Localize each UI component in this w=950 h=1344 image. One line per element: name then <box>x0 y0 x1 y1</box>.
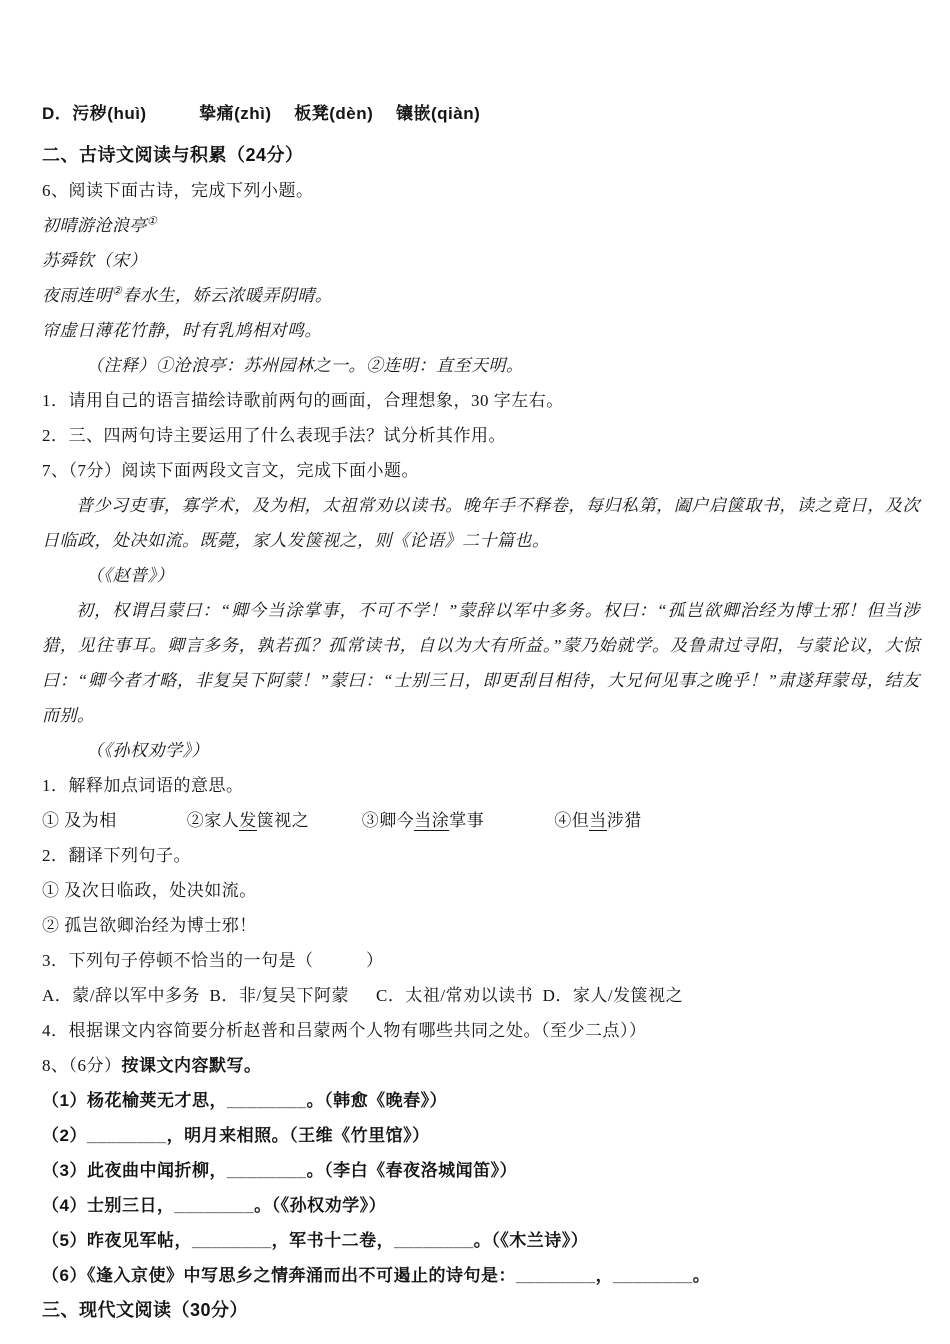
text-run: （6）《逢入京使》中写思乡之情奔涌而出不可遏止的诗句是：________，___… <box>42 1266 710 1285</box>
text-run: 春水生，娇云浓暖弄阴晴。 <box>122 286 332 305</box>
section-heading-3: 三、现代文阅读（30分） <box>42 1293 920 1328</box>
dictation-5: （5）昨夜见军帖，________，军书十二卷，________。（《木兰诗》） <box>42 1223 920 1258</box>
note-marker: ① <box>147 215 157 227</box>
emphasized-word: 当涂 <box>414 811 449 831</box>
text-run: D．污秽(huì) 挚痛(zhì) 板凳(dèn) 镶嵌(qiàn) <box>42 104 480 123</box>
poem-notes: （注释）①沧浪亭：苏州园林之一。②连明：直至天明。 <box>42 348 920 383</box>
poem-author: 苏舜钦（宋） <box>42 243 920 278</box>
section-heading-2: 二、古诗文阅读与积累（24分） <box>42 138 920 173</box>
text-run: 涉猎 <box>607 811 642 830</box>
text-run: 8、（6分） <box>42 1056 122 1075</box>
text-run: 苏舜钦（宋） <box>42 251 147 270</box>
text-run: （1）杨花榆荚无才思，________。（韩愈《晚春》） <box>42 1091 447 1110</box>
passage-zhaopu: 普少习吏事，寡学术，及为相，太祖常劝以读书。晚年手不释卷，每归私第，阖户启箧取书… <box>42 488 920 558</box>
text-run: （《孙权劝学》） <box>86 741 209 760</box>
text-run: （3）此夜曲中闻折柳，________。（李白《春夜洛城闻笛》） <box>42 1161 517 1180</box>
text-run: 1．请用自己的语言描绘诗歌前两句的画面，合理想象，30 字左右。 <box>42 391 564 410</box>
text-run: 初晴游沧浪亭 <box>42 216 147 235</box>
question-6-2: 2．三、四两句诗主要运用了什么表现手法？试分析其作用。 <box>42 418 920 453</box>
question-6-stem: 6、阅读下面古诗，完成下列小题。 <box>42 173 920 208</box>
text-run: ② 孤岂欲卿治经为博士邪！ <box>42 916 257 935</box>
pinyin-option-d: D．污秽(huì) 挚痛(zhì) 板凳(dèn) 镶嵌(qiàn) <box>42 96 920 131</box>
dictation-2: （2）________，明月来相照。（王维《竹里馆》） <box>42 1118 920 1153</box>
text-run: （4）士别三日，________。（《孙权劝学》） <box>42 1196 386 1215</box>
passage-sunquan-source: （《孙权劝学》） <box>42 733 920 768</box>
question-6-1: 1．请用自己的语言描绘诗歌前两句的画面，合理想象，30 字左右。 <box>42 383 920 418</box>
text-run: 3．下列句子停顿不恰当的一句是（ ） <box>42 951 384 970</box>
text-run: 2．三、四两句诗主要运用了什么表现手法？试分析其作用。 <box>42 426 506 445</box>
question-7-2-item-2: ② 孤岂欲卿治经为博士邪！ <box>42 908 920 943</box>
question-7-1-items: ① 及为相 ②家人发箧视之 ③卿今当涂掌事 ④但当涉猎 <box>42 803 920 838</box>
text-run: 三、现代文阅读（30分） <box>42 1300 248 1320</box>
exam-page: D．污秽(huì) 挚痛(zhì) 板凳(dèn) 镶嵌(qiàn)二、古诗文阅… <box>0 0 950 1344</box>
question-7-2: 2．翻译下列句子。 <box>42 838 920 873</box>
text-run: 2．翻译下列句子。 <box>42 846 191 865</box>
poem-line-2: 帘虚日薄花竹静，时有乳鸠相对鸣。 <box>42 313 920 348</box>
question-7-1: 1．解释加点词语的意思。 <box>42 768 920 803</box>
emphasized-word: 发 <box>239 811 257 831</box>
text-run: 普少习吏事，寡学术，及为相，太祖常劝以读书。晚年手不释卷，每归私第，阖户启箧取书… <box>42 496 920 550</box>
text-run: 箧视之 ③卿今 <box>257 811 415 830</box>
text-run: 1．解释加点词语的意思。 <box>42 776 244 795</box>
emphasized-word: 当 <box>589 811 607 831</box>
question-7-3-options: A．蒙/辞以军中多务 B．非/复吴下阿蒙 C．太祖/常劝以读书 D．家人/发箧视… <box>42 978 920 1013</box>
text-run: （2）________，明月来相照。（王维《竹里馆》） <box>42 1126 430 1145</box>
dictation-3: （3）此夜曲中闻折柳，________。（李白《春夜洛城闻笛》） <box>42 1153 920 1188</box>
text-run: （5）昨夜见军帖，________，军书十二卷，________。（《木兰诗》） <box>42 1231 588 1250</box>
text-run: （《赵普》） <box>86 566 174 585</box>
text-run: 掌事 ④但 <box>449 811 589 830</box>
dictation-6: （6）《逢入京使》中写思乡之情奔涌而出不可遏止的诗句是：________，___… <box>42 1258 920 1293</box>
poem-line-1: 夜雨连明②春水生，娇云浓暖弄阴晴。 <box>42 278 920 313</box>
text-run: A．蒙/辞以军中多务 B．非/复吴下阿蒙 C．太祖/常劝以读书 D．家人/发箧视… <box>42 986 683 1005</box>
text-run: （注释）①沧浪亭：苏州园林之一。②连明：直至天明。 <box>86 356 524 375</box>
text-run: 6、阅读下面古诗，完成下列小题。 <box>42 181 314 200</box>
text-run: 二、古诗文阅读与积累（24分） <box>42 145 304 165</box>
text-run: 4．根据课文内容简要分析赵普和吕蒙两个人物有哪些共同之处。（至少二点）） <box>42 1021 647 1040</box>
question-7-4: 4．根据课文内容简要分析赵普和吕蒙两个人物有哪些共同之处。（至少二点）） <box>42 1013 920 1048</box>
dictation-1: （1）杨花榆荚无才思，________。（韩愈《晚春》） <box>42 1083 920 1118</box>
question-7-2-item-1: ① 及次日临政，处决如流。 <box>42 873 920 908</box>
note-marker: ② <box>112 285 122 297</box>
passage-zhaopu-source: （《赵普》） <box>42 558 920 593</box>
text-run: 帘虚日薄花竹静，时有乳鸠相对鸣。 <box>42 321 322 340</box>
question-7-3: 3．下列句子停顿不恰当的一句是（ ） <box>42 943 920 978</box>
text-run: ① 及为相 ②家人 <box>42 811 239 830</box>
question-7-stem: 7、（7分）阅读下面两段文言文，完成下面小题。 <box>42 453 920 488</box>
dictation-4: （4）士别三日，________。（《孙权劝学》） <box>42 1188 920 1223</box>
passage-sunquan: 初，权谓吕蒙曰：“卿今当涂掌事，不可不学！”蒙辞以军中多务。权曰：“孤岂欲卿治经… <box>42 593 920 733</box>
document-body: D．污秽(huì) 挚痛(zhì) 板凳(dèn) 镶嵌(qiàn)二、古诗文阅… <box>42 96 920 1328</box>
text-run: 按课文内容默写。 <box>122 1056 262 1075</box>
text-run: 初，权谓吕蒙曰：“卿今当涂掌事，不可不学！”蒙辞以军中多务。权曰：“孤岂欲卿治经… <box>42 601 920 725</box>
text-run: ① 及次日临政，处决如流。 <box>42 881 257 900</box>
question-8-stem: 8、（6分）按课文内容默写。 <box>42 1048 920 1083</box>
text-run: 7、（7分）阅读下面两段文言文，完成下面小题。 <box>42 461 419 480</box>
text-run: 夜雨连明 <box>42 286 112 305</box>
poem-title: 初晴游沧浪亭① <box>42 208 920 243</box>
